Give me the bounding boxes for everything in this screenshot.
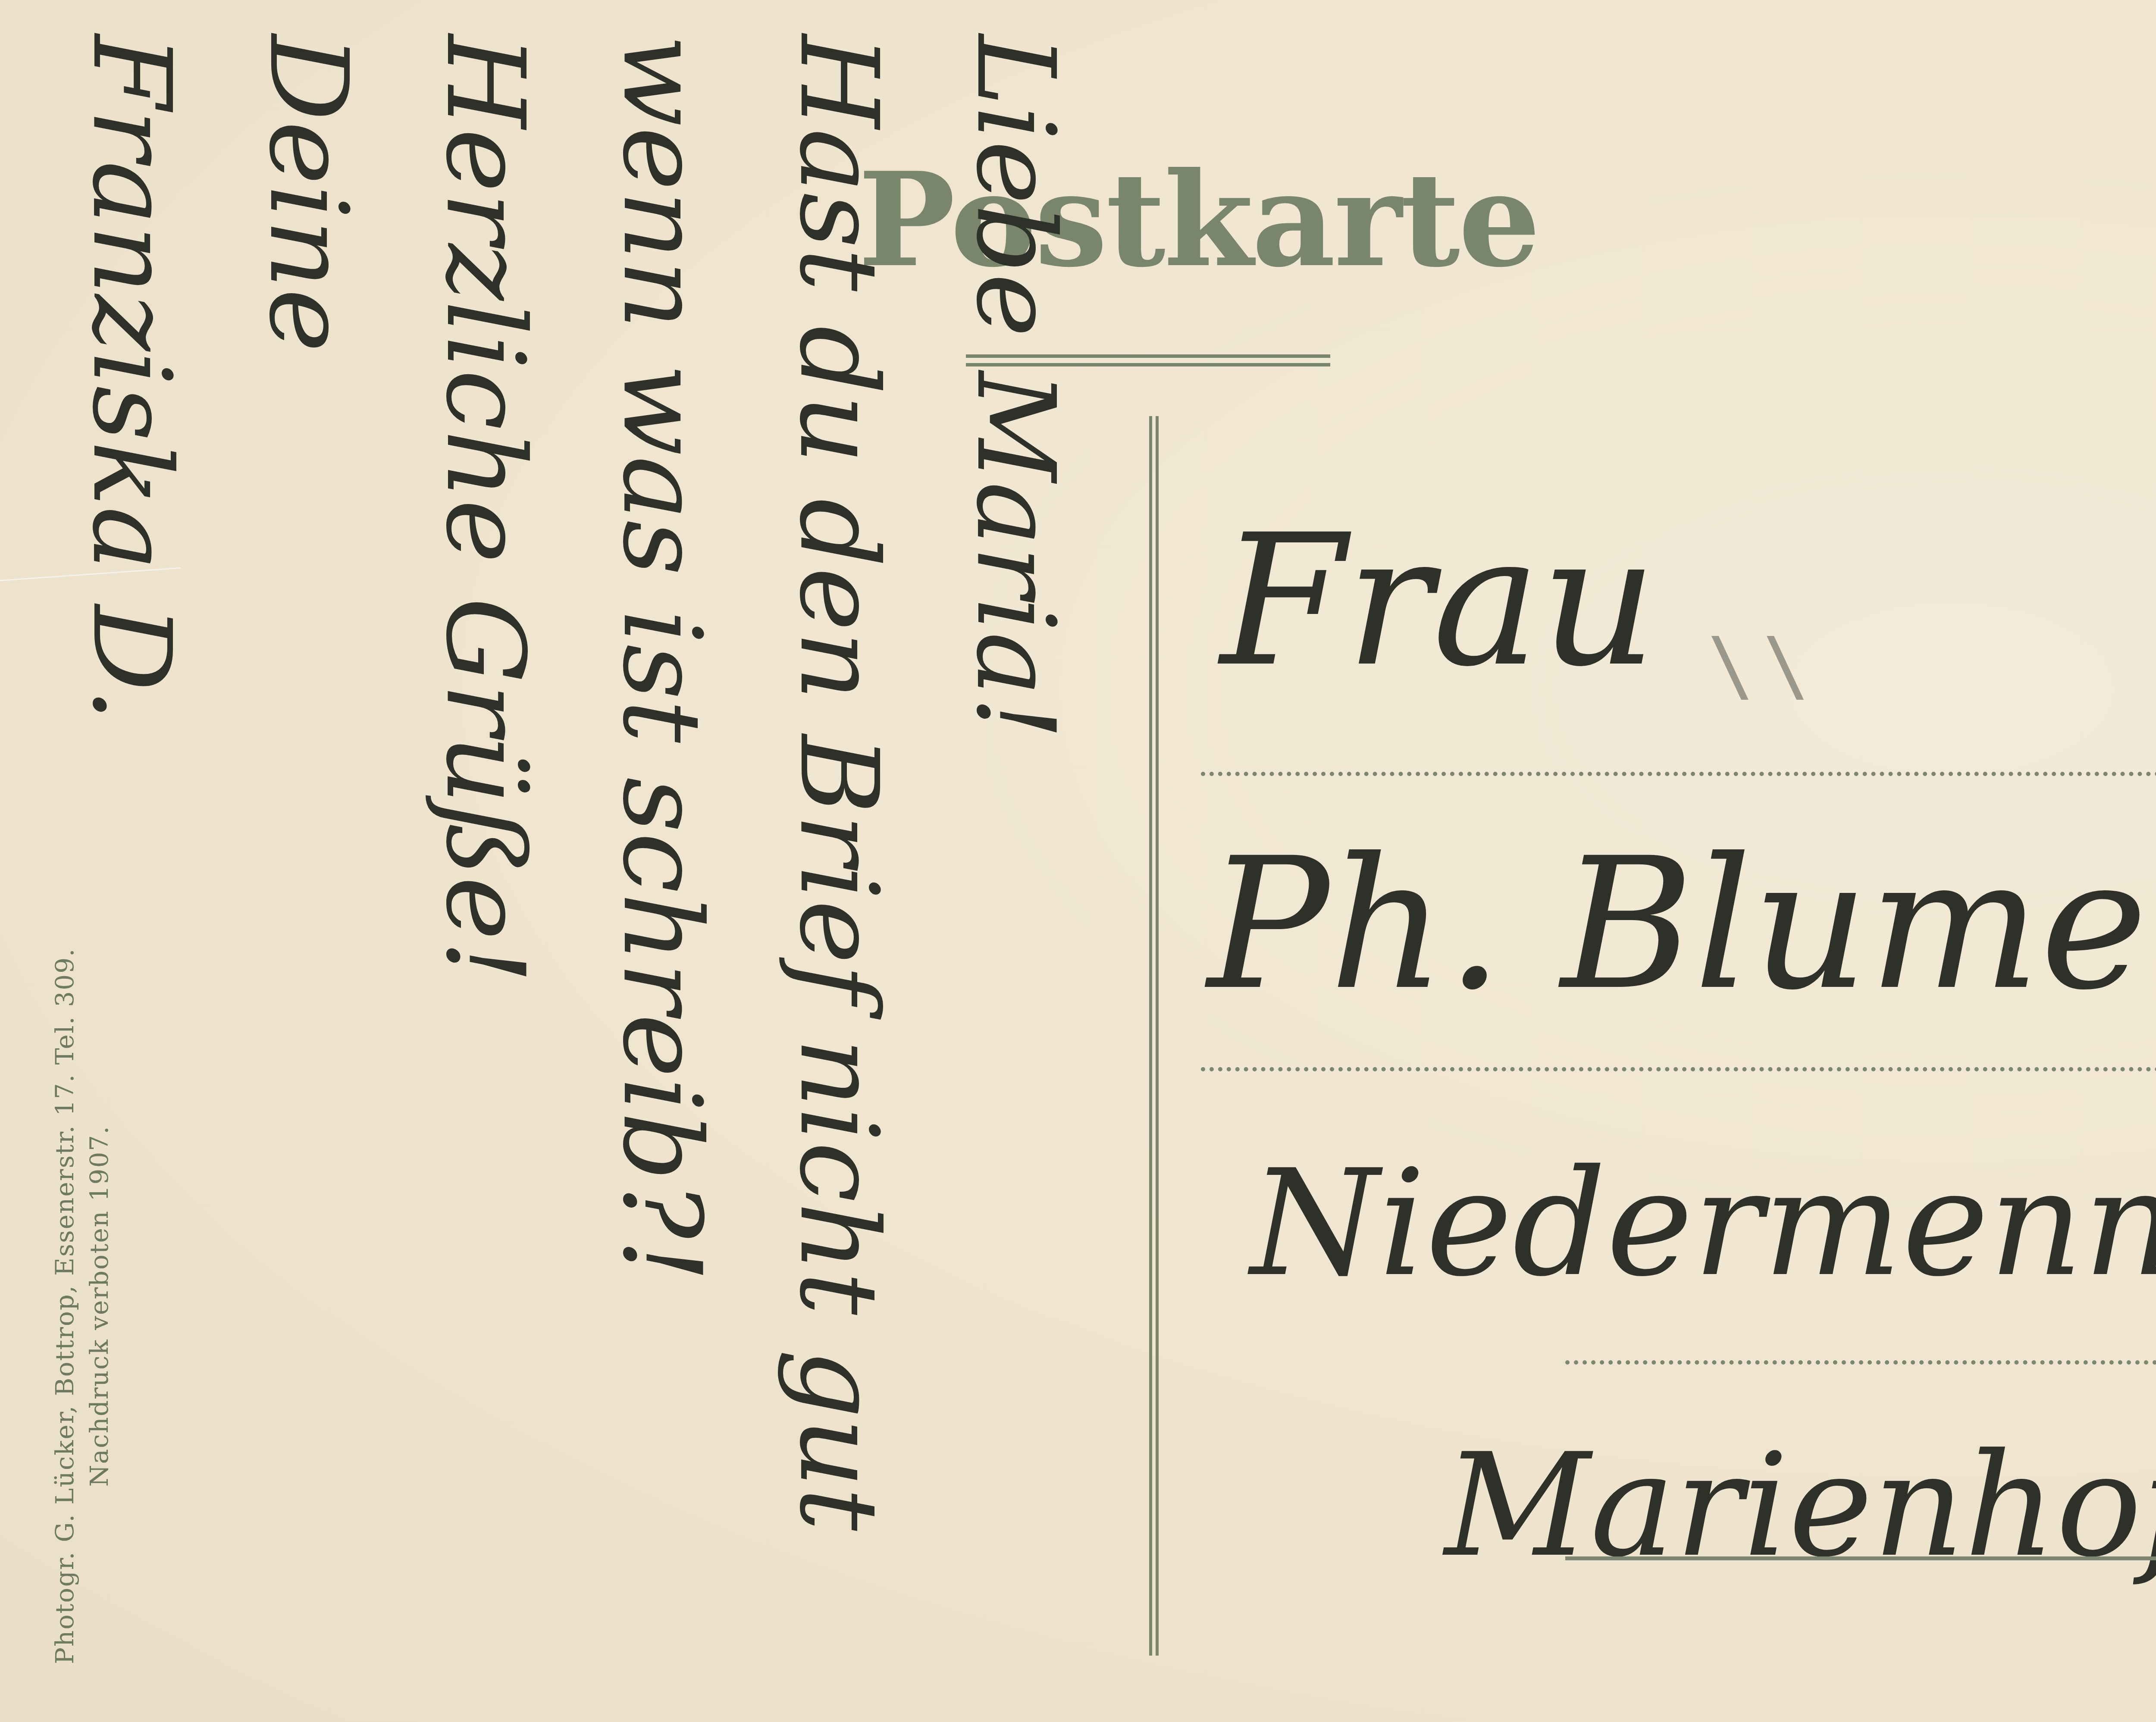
message-line: Hast du den Brief nicht gut <box>750 34 927 1716</box>
message-line: Liebe Maria! <box>927 34 1104 1716</box>
address-line-4 <box>1565 1556 2156 1560</box>
address-line-2 <box>1201 1067 2156 1071</box>
message-line: Franziska D. <box>43 34 220 1716</box>
message-address-divider <box>1149 416 1159 1656</box>
cancellation-marks: \\ <box>1708 621 1818 711</box>
postcard: Photogr. G. Lücker, Bottrop, Essenerstr.… <box>0 0 2156 1722</box>
address-salutation: Frau <box>1220 496 1657 707</box>
message-line: wenn was ist schreib?! <box>573 34 750 1716</box>
message-line: Deine <box>220 34 397 1716</box>
address-line-1 <box>1201 772 2156 776</box>
message-line: Herzliche Grüße! <box>397 34 573 1716</box>
address-name: Ph. Blumenthal <box>1207 819 2156 1030</box>
address-estate: Marienhof. <box>1445 1423 2156 1588</box>
address-town: Niedermennig-Piesport <box>1250 1138 2156 1309</box>
address-line-3 <box>1565 1360 2156 1365</box>
handwritten-message: Liebe Maria! Hast du den Brief nicht gut… <box>43 34 1104 1716</box>
